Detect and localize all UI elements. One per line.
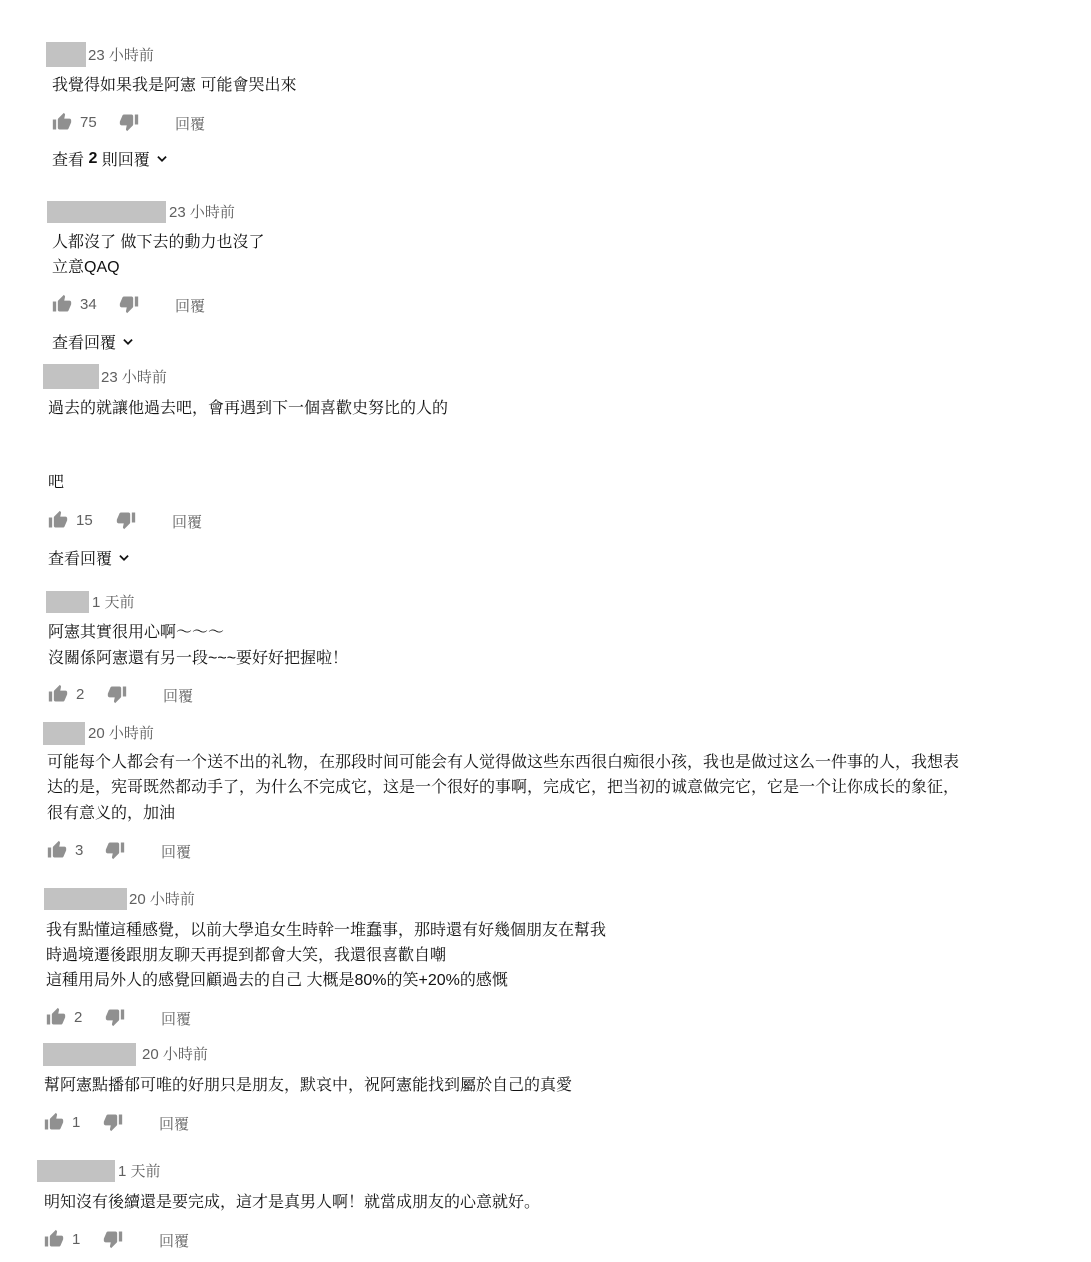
comment-text: 這種用局外人的感覺回顧過去的自己 大概是80%的笑+20%的感慨 [46,971,508,991]
comment-timestamp[interactable]: 1 天前 [92,594,135,612]
view-replies-button[interactable]: 查看回覆 [52,330,135,353]
redacted-author-name [44,888,127,910]
comment-text: 明知沒有後續還是要完成，這才是真男人啊！就當成朋友的心意就好。 [44,1193,540,1213]
thumb-down-icon[interactable] [119,112,139,132]
comment-text: 人都沒了 做下去的動力也沒了 [52,233,264,253]
comment-timestamp[interactable]: 1 天前 [118,1163,161,1181]
thumb-up-icon[interactable] [52,294,72,314]
thumb-down-icon[interactable] [119,294,139,314]
reply-button[interactable]: 回覆 [159,1113,189,1134]
redacted-author-name [47,201,166,223]
comment-text: 我覺得如果我是阿憲 可能會哭出來 [52,76,296,96]
comment-text: 時過境遷後跟朋友聊天再提到都會大笑，我還很喜歡自嘲 [46,946,446,966]
comment-text: 過去的就讓他過去吧，會再遇到下一個喜歡史努比的人的 [48,399,448,419]
view-replies-button[interactable]: 查看 2 則回覆 [52,147,169,170]
thumb-up-icon[interactable] [48,510,68,530]
like-count: 3 [75,842,95,859]
comment-actions: 1 [44,1229,92,1249]
comment-text: 阿憲其實很用心啊～～～ [48,623,224,643]
comment-timestamp[interactable]: 23 小時前 [101,369,167,387]
like-count: 2 [76,686,96,703]
like-count: 1 [72,1231,92,1248]
comment-text: 吧 [48,473,64,493]
redacted-author-name [37,1160,115,1182]
chevron-down-icon [121,335,135,349]
view-replies-suffix: 則回覆 [97,147,149,170]
redacted-author-name [43,1043,136,1066]
comment-text: 达的是，宪哥既然都动手了，为什么不完成它，这是一个很好的事啊，完成它，把当初的诚… [47,778,959,798]
redacted-author-name [43,364,99,389]
thumb-down-icon[interactable] [105,1007,125,1027]
comment-actions: 2 [46,1007,94,1027]
view-replies-prefix: 查看 [52,147,88,170]
comment-text: 立意QAQ [52,258,120,278]
comment-timestamp[interactable]: 20 小時前 [142,1046,208,1064]
like-count: 15 [76,512,96,529]
comment-timestamp[interactable]: 20 小時前 [88,725,154,743]
comment-actions: 15 [48,510,96,530]
like-count: 1 [72,1114,92,1131]
like-count: 2 [74,1009,94,1026]
thumb-up-icon[interactable] [44,1229,64,1249]
thumb-down-icon[interactable] [103,1229,123,1249]
comment-actions: 3 [47,840,95,860]
reply-button[interactable]: 回覆 [175,113,205,134]
comment-text: 很有意义的，加油 [47,804,175,824]
comment-actions: 2 [48,684,96,704]
redacted-author-name [43,722,85,745]
comment-timestamp[interactable]: 23 小時前 [88,47,154,65]
comment-timestamp[interactable]: 23 小時前 [169,204,235,222]
reply-button[interactable]: 回覆 [172,511,202,532]
chevron-down-icon [155,152,169,166]
thumb-down-icon[interactable] [103,1112,123,1132]
redacted-author-name [46,42,86,67]
chevron-down-icon [117,551,131,565]
thumb-up-icon[interactable] [44,1112,64,1132]
thumb-up-icon[interactable] [48,684,68,704]
thumb-up-icon[interactable] [52,112,72,132]
view-replies-label: 查看回覆 [48,546,112,569]
reply-count: 2 [88,150,97,168]
reply-button[interactable]: 回覆 [161,1008,191,1029]
reply-button[interactable]: 回覆 [175,295,205,316]
thumb-down-icon[interactable] [107,684,127,704]
thumb-up-icon[interactable] [46,1007,66,1027]
comment-text: 沒關係阿憲還有另一段~~~要好好把握啦！ [48,649,348,669]
like-count: 34 [80,296,100,313]
thumb-down-icon[interactable] [105,840,125,860]
redacted-author-name [46,591,89,613]
like-count: 75 [80,114,100,131]
comment-text: 我有點懂這種感覺，以前大學追女生時幹一堆蠢事，那時還有好幾個朋友在幫我 [46,921,606,941]
comment-actions: 1 [44,1112,92,1132]
reply-button[interactable]: 回覆 [163,685,193,706]
comment-text: 可能每个人都会有一个送不出的礼物，在那段时间可能会有人觉得做这些东西很白痴很小孩… [47,753,959,773]
comment-text: 幫阿憲點播郁可唯的好朋只是朋友，默哀中，祝阿憲能找到屬於自己的真愛 [44,1076,572,1096]
comment-actions: 75 [52,112,100,132]
thumb-up-icon[interactable] [47,840,67,860]
thumb-down-icon[interactable] [116,510,136,530]
view-replies-label: 查看回覆 [52,330,116,353]
reply-button[interactable]: 回覆 [159,1230,189,1251]
comment-timestamp[interactable]: 20 小時前 [129,891,195,909]
reply-button[interactable]: 回覆 [161,841,191,862]
comment-actions: 34 [52,294,100,314]
view-replies-button[interactable]: 查看回覆 [48,546,131,569]
